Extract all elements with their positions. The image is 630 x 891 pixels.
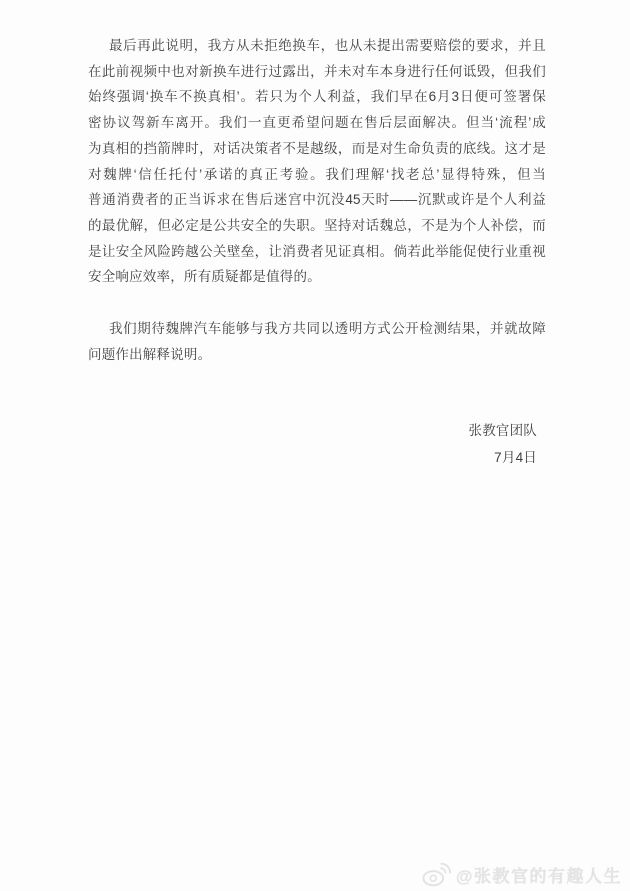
- signature-block: 张教官团队 7月4日: [88, 418, 546, 471]
- paragraph: 最后再此说明，我方从未拒绝换车，也从未提出需要赔偿的要求，并且 在此前视频中也对…: [88, 33, 546, 290]
- text-line: 问题作出解释说明。: [88, 342, 546, 368]
- weibo-icon: [422, 861, 452, 887]
- signature-date: 7月4日: [88, 444, 537, 471]
- document-page: 最后再此说明，我方从未拒绝换车，也从未提出需要赔偿的要求，并且 在此前视频中也对…: [0, 0, 630, 471]
- text-line: 安全响应效率，所有质疑都是值得的。: [88, 264, 546, 290]
- text-line: 普通消费者的正当诉求在售后迷宫中沉没45天时——沉默或许是个人利益: [88, 187, 546, 213]
- weibo-watermark: @张教官的有趣人生: [422, 861, 622, 887]
- text-line: 对魏牌‘信任托付’承诺的真正考验。我们理解‘找老总’显得特殊，但当: [88, 162, 546, 188]
- text-line: 为真相的挡箭牌时，对话决策者不是越级，而是对生命负责的底线。这才是: [88, 136, 546, 162]
- watermark-handle: @张教官的有趣人生: [456, 862, 622, 887]
- text-line: 密协议驾新车离开。我们一直更希望问题在售后层面解决。但当‘流程’成: [88, 110, 546, 136]
- text-line: 是让安全风险跨越公关壁垒，让消费者见证真相。倘若此举能促使行业重视: [88, 239, 546, 265]
- text-line: 最后再此说明，我方从未拒绝换车，也从未提出需要赔偿的要求，并且: [88, 33, 546, 59]
- paragraph: 我们期待魏牌汽车能够与我方共同以透明方式公开检测结果，并就故障 问题作出解释说明…: [88, 316, 546, 367]
- signature-name: 张教官团队: [88, 418, 537, 444]
- text-line: 始终强调‘换车不换真相’。若只为个人利益，我们早在6月3日便可签署保: [88, 84, 546, 110]
- text-line: 我们期待魏牌汽车能够与我方共同以透明方式公开检测结果，并就故障: [88, 316, 546, 342]
- text-line: 的最优解，但必定是公共安全的失职。坚持对话魏总，不是为个人补偿，而: [88, 213, 546, 239]
- text-line: 在此前视频中也对新换车进行过露出，并未对车本身进行任何诋毁，但我们: [88, 59, 546, 85]
